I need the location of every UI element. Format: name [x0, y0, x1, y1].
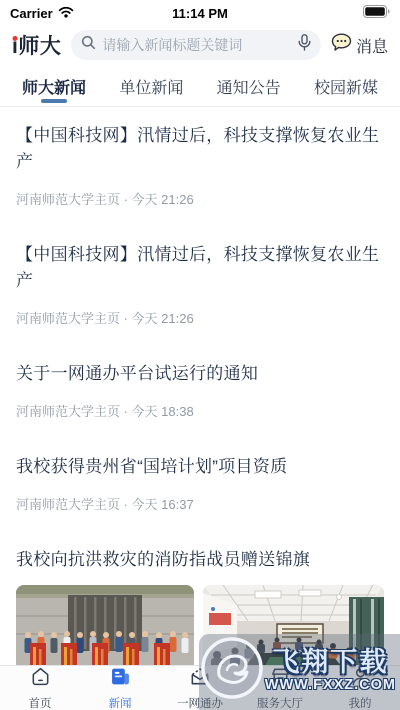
status-time: 11:14 PM: [100, 6, 300, 21]
service-hall-icon: [269, 665, 292, 693]
app-header: i师大 请输入新闻标题关键词: [0, 24, 400, 66]
tabbar-service-hall[interactable]: 服务大厅: [244, 665, 316, 710]
news-item[interactable]: 【中国科技网】汛情过后，科技支撑恢复农业生产 河南师范大学主页 · 今天 21:…: [16, 226, 384, 345]
logo-i: i: [12, 35, 18, 59]
app-logo: i师大: [12, 30, 61, 60]
news-title: 我校获得贵州省“国培计划”项目资质: [16, 454, 384, 480]
tabbar-profile[interactable]: 我的: [324, 665, 396, 710]
home-icon: [29, 665, 52, 693]
news-title: 我校向抗洪救灾的消防指战员赠送锦旗: [16, 547, 384, 573]
search-placeholder: 请输入新闻标题关键词: [102, 35, 292, 55]
news-icon: [109, 665, 132, 693]
search-input[interactable]: 请输入新闻标题关键词: [71, 30, 321, 60]
bottom-tab-bar: 首页 新闻 一网通办: [0, 665, 400, 710]
news-item[interactable]: 我校获得贵州省“国培计划”项目资质 河南师范大学主页 · 今天 16:37: [16, 438, 384, 531]
tabbar-profile-label: 我的: [349, 695, 372, 710]
news-title: 【中国科技网】汛情过后，科技支撑恢复农业生产: [16, 123, 384, 175]
messages-label: 消息: [356, 34, 388, 57]
news-item[interactable]: 【中国科技网】汛情过后，科技支撑恢复农业生产 河南师范大学主页 · 今天 21:…: [16, 107, 384, 226]
tab-shida-news[interactable]: 师大新闻: [22, 66, 86, 106]
open-envelope-icon: [188, 665, 212, 693]
tabbar-service-hall-label: 服务大厅: [257, 695, 303, 710]
logo-name: 师大: [18, 35, 61, 58]
messages-button[interactable]: 消息: [331, 33, 388, 57]
news-title: 【中国科技网】汛情过后，科技支撑恢复农业生产: [16, 242, 384, 294]
tabbar-home-label: 首页: [29, 695, 52, 710]
user-icon: [349, 665, 372, 693]
tabbar-one-stop-label: 一网通办: [177, 695, 223, 710]
search-icon: [81, 35, 96, 55]
tabbar-news[interactable]: 新闻: [84, 665, 156, 710]
tabbar-news-label: 新闻: [109, 695, 132, 710]
tab-unit-news[interactable]: 单位新闻: [119, 66, 183, 106]
microphone-icon[interactable]: [298, 34, 311, 56]
tabbar-one-stop[interactable]: 一网通办: [164, 665, 236, 710]
news-meta: 河南师范大学主页 · 今天 18:38: [16, 401, 384, 420]
carrier-label: Carrier: [10, 6, 53, 21]
tab-campus-media[interactable]: 校园新媒: [314, 66, 378, 106]
news-list: 【中国科技网】汛情过后，科技支撑恢复农业生产 河南师范大学主页 · 今天 21:…: [0, 107, 400, 699]
battery-icon: [363, 5, 390, 21]
tabbar-home[interactable]: 首页: [4, 665, 76, 710]
app-screen: Carrier 11:14 PM i师大: [0, 0, 400, 710]
chat-bubble-icon: [331, 33, 352, 57]
status-bar: Carrier 11:14 PM: [0, 0, 400, 24]
tab-notices[interactable]: 通知公告: [217, 66, 281, 106]
news-meta: 河南师范大学主页 · 今天 16:37: [16, 494, 384, 513]
news-title: 关于一网通办平台试运行的通知: [16, 361, 384, 387]
wifi-icon: [58, 6, 74, 21]
news-category-tabs: 师大新闻 单位新闻 通知公告 校园新媒: [0, 66, 400, 107]
news-item[interactable]: 关于一网通办平台试运行的通知 河南师范大学主页 · 今天 18:38: [16, 345, 384, 438]
news-meta: 河南师范大学主页 · 今天 21:26: [16, 308, 384, 327]
news-meta: 河南师范大学主页 · 今天 21:26: [16, 189, 384, 208]
